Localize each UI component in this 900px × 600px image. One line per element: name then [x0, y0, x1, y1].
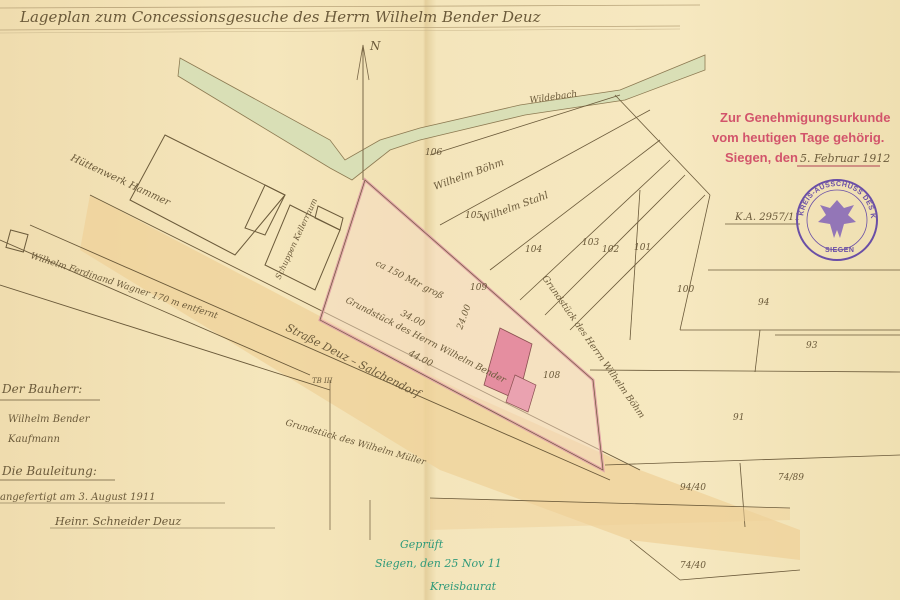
stamp-line-3: Siegen, den [725, 150, 798, 165]
title-header: Lageplan zum Concessionsgesuche des Herr… [0, 5, 700, 33]
parcel-108: 108 [543, 371, 560, 381]
small-structure [6, 230, 28, 252]
plan-date: angefertigt am 3. August 1911 [0, 492, 156, 503]
parcel-109: 109 [470, 283, 487, 293]
plan-heading: Die Bauleitung: [1, 464, 97, 478]
builder-occupation: Kaufmann [7, 434, 60, 445]
parcel-104: 104 [525, 245, 542, 255]
parcel-94-40: 94/40 [680, 483, 706, 493]
north-label: N [369, 39, 381, 53]
owner-wilhelm-stahl: Wilhelm Stahl [479, 190, 550, 225]
parcel-74-89: 74/89 [778, 473, 804, 483]
stamp-line-1: Zur Genehmigungsurkunde [720, 110, 890, 125]
shed-label: Schuppen Kellerraum [274, 197, 320, 281]
owner-wilhelm-boehm: Wilhelm Böhm [432, 157, 505, 193]
parcel-101: 101 [634, 243, 651, 253]
green-note-line-2: Siegen, den 25 Nov 11 [375, 557, 502, 570]
builder-name: Wilhelm Bender [8, 414, 91, 425]
reference-number: K.A. 2957/11 [734, 212, 801, 223]
parcel-102: 102 [602, 245, 619, 255]
parcel-106: 106 [425, 148, 442, 158]
small-box-label: TB III [312, 377, 333, 385]
green-note-line-1: Geprüft [400, 538, 444, 551]
document-title: Lageplan zum Concessionsgesuche des Herr… [19, 8, 541, 26]
parcel-103: 103 [582, 238, 599, 248]
parcel-94: 94 [758, 298, 770, 308]
map-sheet: Lageplan zum Concessionsgesuche des Herr… [0, 0, 900, 600]
parcel-100: 100 [677, 285, 694, 295]
site-plan-map: Lageplan zum Concessionsgesuche des Herr… [0, 0, 900, 600]
inspection-note: Geprüft Siegen, den 25 Nov 11 Kreisbaura… [375, 538, 502, 593]
hammer-label: Hüttenwerk Hammer [68, 152, 173, 209]
eagle-icon [818, 200, 856, 238]
builder-heading: Der Bauherr: [1, 382, 82, 396]
stamp-date: 5. Februar 1912 [800, 152, 890, 165]
green-note-line-3: Kreisbaurat [429, 580, 497, 593]
signature-block: Der Bauherr: Wilhelm Bender Kaufmann Die… [0, 382, 275, 528]
stamp-line-2: vom heutigen Tage gehörig. [712, 130, 884, 145]
parcel-74-40: 74/40 [680, 561, 706, 571]
seal-bottom-text: SIEGEN [825, 247, 854, 254]
parcel-91: 91 [733, 413, 744, 423]
river: Wildebach [178, 55, 705, 180]
planner-signature: Heinr. Schneider Deuz [54, 515, 181, 528]
parcel-93: 93 [806, 341, 818, 351]
